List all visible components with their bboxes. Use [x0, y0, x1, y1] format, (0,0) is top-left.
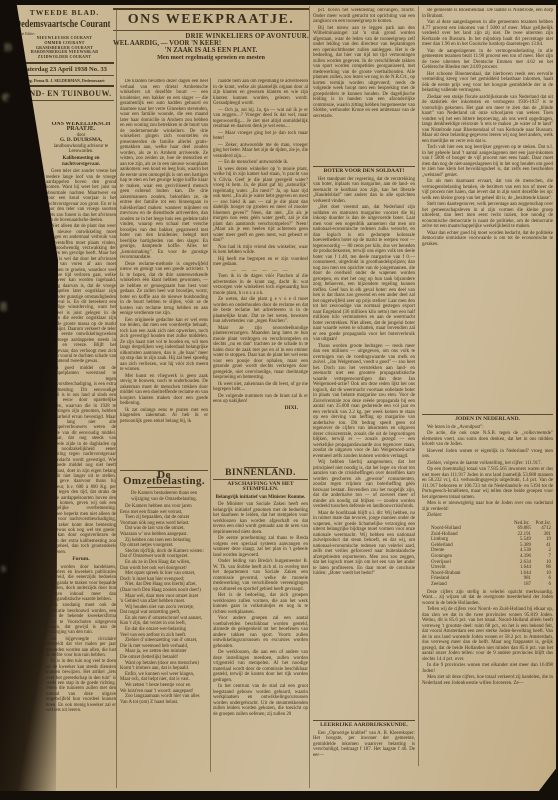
column-5-top: ste gemeente is Bloemendaal. De laatste …: [422, 8, 553, 410]
paragraph: Men is er nieuwsgierig naar hoe de Joden…: [422, 501, 553, 512]
paragraph: Van al deze aangeslagenen in alle gemeen…: [422, 20, 553, 48]
joden-headline: JODEN IN NEDERLAND.: [426, 417, 549, 423]
verse-line: (Daar toch Den Haag zooiets nooit doet!): [120, 588, 208, 594]
paragraph: Geen teler ziet zonder vreeze het teeder…: [46, 169, 116, 223]
column-5-joden-section: JODEN IN NEDERLAND. We lezen in de „Avon…: [422, 412, 553, 764]
column-2-omzetbelasting: De Omzetbelasting. De Kamers bestudeeren…: [120, 468, 208, 786]
joden-paragraphs-2: Deze cijfers zijn stellig in velerlei op…: [422, 590, 553, 687]
paragraph: — Zeker, antwoordde me de man, vroeger g…: [213, 143, 308, 160]
paragraph: Een „Oproerige krabbel" van A. B. Kleere…: [313, 731, 415, 759]
omzet-verse: De Kamers hebben ons voor jarenEens met …: [120, 504, 208, 705]
paragraph: — En de menschen! antwoordde ik.: [213, 160, 308, 166]
weekpraatje-col-b-paragraphs: raadde hem aan om regelmatig te advertee…: [213, 79, 308, 268]
paragraph: Maar ze zijn onoordeelkundige plantenver…: [213, 326, 308, 381]
publisher-line: Uitg. Firma R. J. SELDERMAN, Dedemsvaart: [15, 78, 114, 83]
column-4-top: pct. boven het weekbedrag ontvangen, bra…: [313, 8, 415, 164]
paragraph: Deze cijfers zijn stellig in velerlei op…: [422, 590, 553, 607]
boter-headline: BOTER VOOR DEN SOLDAAT!: [317, 169, 411, 175]
masthead-rule-2: [15, 75, 114, 76]
boter-paragraphs: Het standpunt der regeering, dat de vers…: [313, 177, 415, 577]
masthead-rule-1: [15, 62, 114, 64]
paragraph: De Minister van Sociale Zaken heeft een …: [213, 502, 308, 535]
province-name: Zeeland: [428, 582, 505, 588]
dateline: Zaterdag 23 April 1938 No. 33: [15, 66, 114, 73]
edition-label: TWEEDE BLAD.: [15, 8, 114, 17]
paragraph: Een origineele gedachte kan er wel eens …: [120, 318, 208, 373]
paragraph: De volgende nummers van de krant zal ik …: [213, 394, 308, 405]
joden-paragraphs: We lezen in de „Avondpost":De actie, die…: [422, 425, 553, 519]
headline-under-rule: [113, 30, 309, 31]
column-3-weekpraatje-b: raadde hem aan om regelmatig te advertee…: [213, 79, 308, 461]
column-3-binnenland: BINNENLAND. AFSCHAFFING VAN HET STEMPELE…: [213, 464, 308, 786]
paragraph: De eerste proefneming zal thans te Breda…: [213, 536, 308, 558]
verse-line: Van A tot (om) Z haast belast.: [120, 700, 208, 706]
binnenland-title: BINNENLAND.: [213, 471, 308, 477]
verse-line: Met opzet spreek ik hier van omzet,: [120, 571, 208, 577]
paragraph: Ik zat onlangs eens te praten met een kl…: [120, 408, 208, 425]
paragraph: Stelt men daartegenover, welk percentage…: [422, 202, 553, 230]
paragraph: — Maar vroeger ging het je dan toch maar…: [213, 131, 308, 142]
paragraph: Hij heeft me begrepen en er zijn voordee…: [213, 257, 308, 268]
paragraph: Het standpunt der regeering, dat de vers…: [313, 177, 415, 205]
paragraph: In het centrum van de stad zal een groot…: [213, 684, 308, 717]
paragraph: In die 9 provincies wonen met elkander n…: [422, 663, 553, 674]
weekpraatje-col-b2-paragraphs: Toen ik in de dagen vóór Paschen al die …: [213, 274, 308, 405]
paragraph: Onder leiding van Breda's burgemeester B…: [213, 559, 308, 592]
paragraph: — Och ja, zei hij. Ja, tja — wat zal ik …: [213, 108, 308, 130]
paragraph: Maar de hoofdzaak blijft o.i. dit: Wij h…: [313, 511, 415, 577]
paragraph: Met kunst en vliegwerk is geen zaak stev…: [120, 374, 208, 407]
stempelen-headline: AFSCHAFFING VAN HET STEMPELEN.: [217, 482, 304, 493]
column-4-boter-section: BOTER VOOR DEN SOLDAAT! Het standpunt de…: [313, 164, 415, 716]
paragraph: De actie, die ook onze N.S.B. tegen de „…: [422, 431, 553, 448]
newspaper-title: Dedemsvaartsche Courant: [15, 19, 94, 30]
paragraph: Het is de bedoeling, dat zich groepen we…: [213, 593, 308, 615]
paragraph: Wij hebben hierbij aangenomen, dat het p…: [313, 460, 415, 510]
paragraph: Op een (toenmalig) totaal van 7.935.565 …: [422, 467, 553, 500]
paragraph: Deze reclame-methode is ongetwijfeld nie…: [120, 262, 208, 317]
column-4-leerrijke-section: LEERRIJKE AARDRIJKSKUNDE. Een „Oproerige…: [313, 718, 415, 788]
column-rule-2: [210, 78, 211, 772]
column-2-weekpraatje-a: De kranten bevatten dezer dagen een heel…: [120, 79, 208, 467]
weekpraatje-signature: DIXI.: [213, 406, 308, 412]
paragraph: Er is in den tuin nog veel te doen en de…: [46, 659, 116, 713]
weekpraatje-headline-block: ONS WEEKPRAATJE. DRIE WINKELIERS OP AVON…: [113, 6, 309, 61]
boter-top-rule: [313, 166, 415, 167]
paragraph: Het schoone Bloemendaal, dat hierboven r…: [422, 72, 553, 94]
column-4-top-paragraphs: pct. boven het weekbedrag ontvangen, bra…: [313, 8, 415, 119]
paragraph: „Het doet vreemd aan, dat Nederland zijn…: [313, 205, 415, 343]
paragraph: Tellen wij de cijfers voor Noord- en Zui…: [422, 607, 553, 662]
paragraph: We lezen in de „Avondpost":: [422, 425, 553, 431]
leerrijke-paragraphs: Een „Oproerige krabbel" van A. B. Kleere…: [313, 731, 415, 759]
weekpraatje-kicker: DRIE WINKELIERS OP AVONTUUR.: [113, 33, 309, 40]
editions-list: NIEUWLEUSER COURANTOMMER COURANTGRAMSBER…: [15, 36, 114, 60]
column-5-top-paragraphs: ste gemeente is Bloemendaal. De laatste …: [422, 8, 553, 247]
paragraph: Ziedaar een stukje fiscale aardrijkskund…: [422, 95, 553, 145]
paragraph: Ik weet niet, zakenman die dit leest, of…: [213, 382, 308, 393]
paragraph: Ziehier, volgens de laatste volkstelling…: [422, 461, 553, 467]
paragraph: Van de aangeslagenen in de vermogensbela…: [422, 49, 553, 71]
column-rule-3: [309, 6, 310, 788]
paragraph: Toen ik in de dagen vóór Paschen al die …: [213, 274, 308, 296]
weekpraatje-col-a-paragraphs: De kranten bevatten dezer dagen een heel…: [120, 79, 208, 424]
joden-table-rows: Noord-Holland 69.885 4712 Zuid-Holland 2…: [428, 526, 553, 588]
weekpraatje-subline-3: Men moet regelmatig sproeien en mesten: [113, 54, 309, 61]
column-rule-4: [418, 6, 419, 766]
port-isr-value: 6: [531, 582, 553, 588]
omzet-intro: De Kamers bestudeeren thans een wijzigin…: [126, 491, 202, 502]
paragraph: De kranten bevatten dezer dagen een heel…: [120, 79, 208, 261]
paragraph: Toch valt hier een nog leerrijker gegeve…: [422, 145, 553, 178]
column-1-article-header: ONS WEKELIJKSCH PRAATJE. door G. D. DUUR…: [46, 122, 116, 154]
paragraph: raadde hem aan om regelmatig te advertee…: [213, 79, 308, 107]
ned-isr-value: 187: [505, 582, 531, 588]
page-bottom-shadow: [0, 791, 558, 800]
paragraph: Men ziet uit deze cijfers, hoe totaal ve…: [422, 675, 553, 686]
leerrijke-headline: LEERRIJKE AARDRIJKSKUNDE.: [317, 723, 411, 729]
paragraph: Thans worden groote bedragen — reeds mee…: [313, 344, 415, 460]
weekpraatje-subline-2: 'N ZAAK IS ALS EEN PLANT.: [113, 47, 309, 54]
paragraph: En als men daarnaast ervaart, dat van de…: [422, 179, 553, 201]
column-rule-1: [116, 8, 117, 788]
paragraph: Waar dan echter goed bij moet worden bed…: [422, 231, 553, 248]
author-role: landbouwkundig adviseur te Leeuwarden.: [46, 144, 116, 155]
weekpraatje-title: ONS WEEKPRAATJE.: [113, 12, 309, 28]
edition-item: ZUIDWOLDER COURANT: [15, 55, 114, 60]
paragraph: Hoeveel Joden wonen er eigenlijk in Nede…: [422, 449, 553, 460]
paragraph: pct. boven het weekbedrag ontvangen, bra…: [313, 8, 415, 25]
paragraph: Ze weten, dat die plant g e v o e d moet…: [213, 297, 308, 325]
binnenland-under-rule: [213, 479, 308, 480]
paragraph: De werkloozen, die aan een of andere van…: [213, 650, 308, 683]
omzet-short-rule: [147, 487, 181, 488]
paragraph: Nou had ik mijn vriend den winkelier, wa…: [213, 245, 308, 256]
weekpraatje-subline-1: WEL AARDIG, — VOOR 'N KEER!: [113, 40, 309, 47]
table-row: Zeeland 187 6: [428, 582, 553, 588]
stempelen-subhead: Belangrijk initiatief van Minister Romme…: [213, 495, 308, 501]
paragraph: Ik wees dezen winkelier op 'n mooie plan…: [213, 167, 308, 244]
binnenland-paragraphs: De Minister van Sociale Zaken heeft een …: [213, 502, 308, 717]
article-subhead: Kalibemesting en nachtvorstgevaar.: [46, 156, 116, 167]
newspaper-page-scan: TWEEDE BLAD. Dedemsvaartsche Courant met…: [0, 0, 558, 800]
headline-top-rule: [113, 8, 309, 10]
joden-statistics-table: Ned.Isr. Port.Isr. Noord-Holland 69.885 …: [428, 521, 553, 588]
article-title: ONS WEKELIJKSCH PRAATJE.: [46, 122, 116, 133]
leerrijke-top-rule: [313, 720, 415, 721]
paragraph: ste gemeente is Bloemendaal. De laatste …: [422, 8, 553, 19]
verse-line: Zoo langzaamaan wordt hier van alles: [120, 694, 208, 700]
paragraph: Ziehier:: [422, 513, 553, 519]
paragraph: Bij het nieuw aan te leggen park aan den…: [313, 26, 415, 120]
omzetbelasting-title: De Omzetbelasting.: [120, 473, 208, 484]
paragraph: Voor andere groepen zal een aantal voetb…: [213, 616, 308, 649]
joden-top-rule: [422, 414, 553, 415]
